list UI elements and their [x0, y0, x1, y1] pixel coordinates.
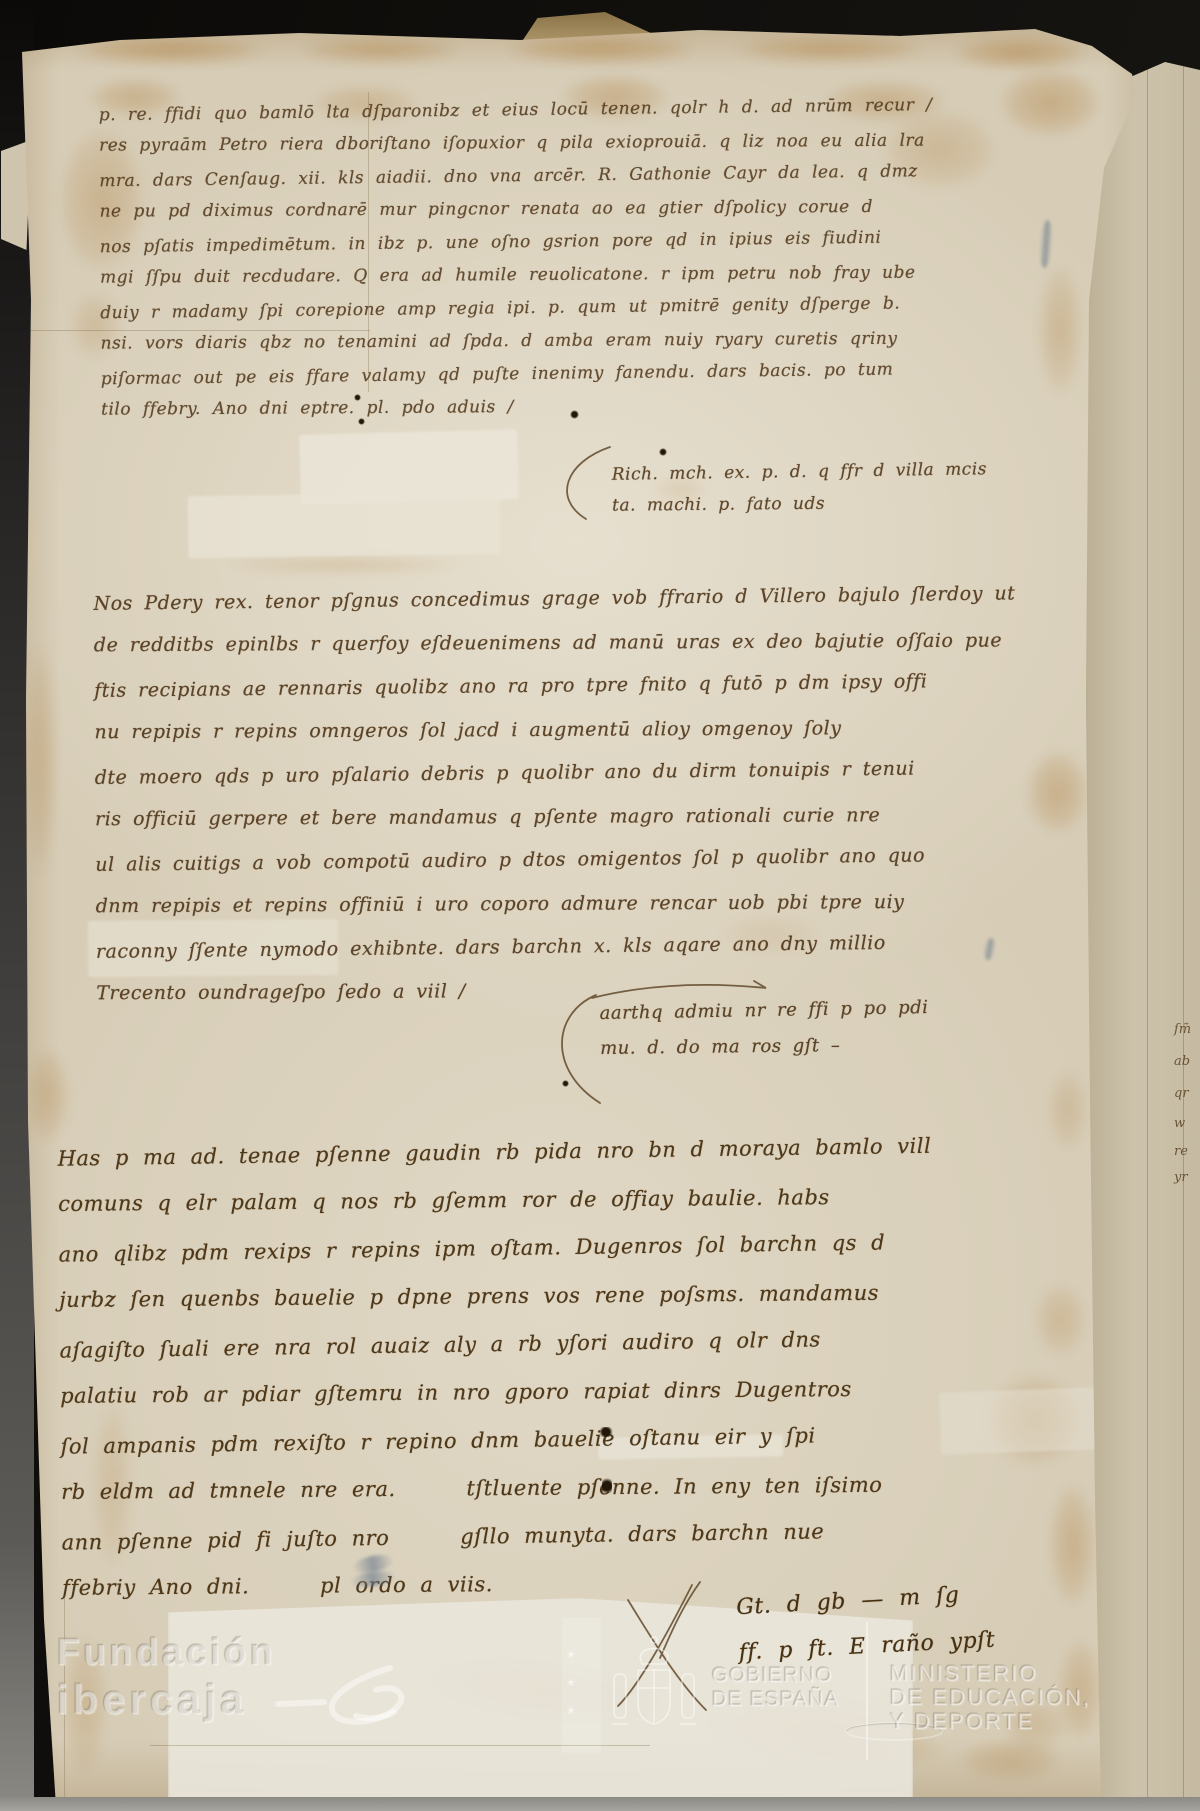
ibercaja-swoosh-icon — [272, 1656, 412, 1746]
margin-word: w — [1174, 1116, 1185, 1131]
margin-word: qr — [1174, 1086, 1189, 1101]
manuscript-page: p. re. ffidi quo bamlō lta dſparonibz et… — [0, 0, 1200, 1811]
ibercaja-watermark-line2: ibercaja — [57, 1676, 248, 1724]
star-icon: ★ — [566, 1676, 576, 1689]
pen-flourishes — [0, 0, 1200, 1811]
gobierno-line1: GOBIERNO — [712, 1664, 840, 1688]
manuscript-scan: ſm̃ ab qr w re yr — [0, 0, 1200, 1811]
gov-divider-line — [866, 1622, 868, 1760]
star-icon: ★ — [566, 1648, 576, 1661]
fold-crease — [1147, 58, 1148, 1802]
gobierno-line2: DE ESPAÑA — [712, 1688, 840, 1712]
star-icon: ★ — [566, 1704, 576, 1717]
fold-crease — [1183, 58, 1184, 1802]
spain-coat-of-arms-icon — [608, 1634, 700, 1740]
margin-word: yr — [1174, 1170, 1188, 1185]
margin-word: re — [1174, 1144, 1188, 1159]
margin-word: ab — [1174, 1054, 1190, 1069]
margin-word: ſm̃ — [1174, 1022, 1191, 1037]
ibercaja-watermark-line1: Fundación — [57, 1632, 276, 1675]
scan-table-edge — [0, 1797, 1200, 1811]
gobierno-watermark: GOBIERNO DE ESPAÑA — [712, 1664, 840, 1712]
